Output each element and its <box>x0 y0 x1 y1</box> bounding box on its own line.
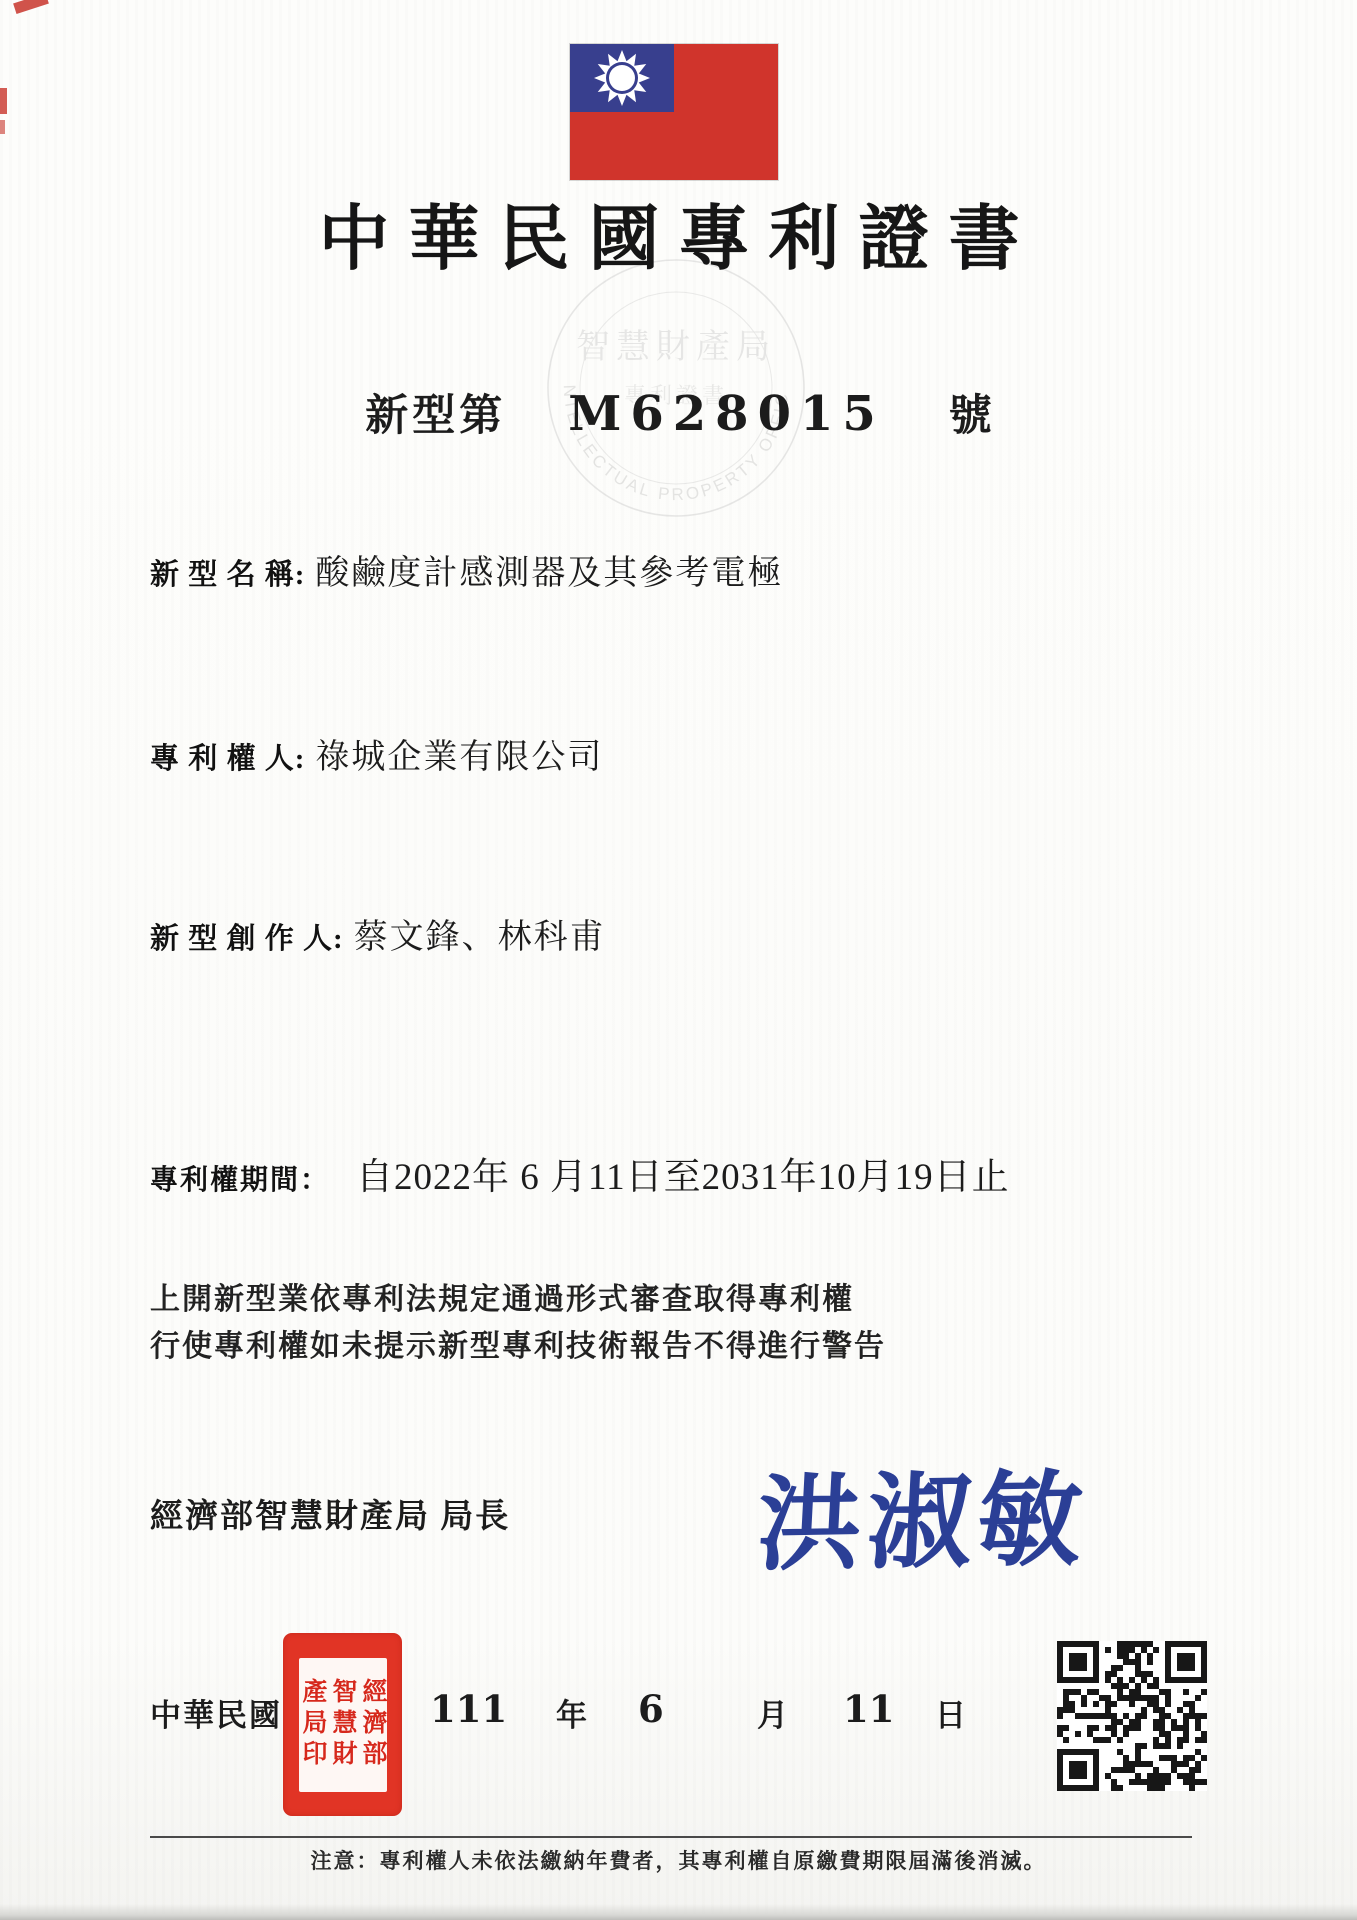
director-signature: 洪淑敏 <box>754 1435 1092 1591</box>
cert-number-suffix: 號 <box>949 382 992 443</box>
footer-note: 注意：專利權人未依法繳納年費者，其專利權自原繳費期限屆滿後消滅。 <box>0 1845 1357 1875</box>
scan-artifact-edge <box>0 88 7 114</box>
cert-number-prefix: 新型第 <box>365 382 506 443</box>
field-value: 祿城企業有限公司 <box>315 739 603 776</box>
field-label: 新 型 名 稱: <box>150 559 305 591</box>
date-day-unit: 日 <box>935 1690 968 1735</box>
field-utility-model-name: 新 型 名 稱:酸鹼度計感測器及其參考電極 <box>150 545 783 594</box>
legal-statement-line1: 上開新型業依專利法規定通過形式審查取得專利權 <box>150 1276 886 1323</box>
field-value: 自2022年 6 月11日至2031年10月19日止 <box>356 1157 1010 1198</box>
legal-statement-line2: 行使專利權如未提示新型專利技術報告不得進行警告 <box>150 1323 886 1370</box>
field-value: 酸鹼度計感測器及其參考電極 <box>315 555 783 592</box>
page-title: 中華民國專利證書 <box>0 182 1357 284</box>
field-patent-term: 專利權期間：自2022年 6 月11日至2031年10月19日止 <box>150 1146 1010 1200</box>
field-label: 專利權期間： <box>150 1165 330 1196</box>
date-year-unit: 年 <box>556 1690 589 1735</box>
date-month: 6 <box>638 1687 664 1731</box>
certificate-number-line: 新型第 M628015 號 <box>0 382 1357 443</box>
watermark-center-text: 智慧財產局 <box>576 328 776 366</box>
date-day: 11 <box>843 1687 895 1731</box>
qr-code <box>1057 1641 1207 1791</box>
seal-column-right: 經濟部 <box>359 1678 386 1771</box>
field-label: 專 利 權 人: <box>150 743 305 775</box>
seal-column-left: 產局印 <box>299 1678 326 1771</box>
taiwan-flag-icon <box>570 44 778 180</box>
seal-column-middle: 智慧財 <box>329 1678 356 1771</box>
footer-divider <box>150 1836 1192 1838</box>
scan-edge-shadow <box>0 1904 1357 1920</box>
issuing-office-title: 經濟部智慧財產局 局長 <box>150 1490 510 1537</box>
scan-artifact-edge <box>0 120 5 134</box>
seal-inner-panel: 產局印 智慧財 經濟部 <box>299 1658 387 1792</box>
cert-number: M628015 <box>568 386 885 442</box>
field-creators: 新 型 創 作 人:蔡文鋒、林科甫 <box>150 909 606 958</box>
scan-artifact-corner <box>13 0 49 14</box>
legal-statement: 上開新型業依專利法規定通過形式審查取得專利權 行使專利權如未提示新型專利技術報告… <box>150 1276 886 1370</box>
patent-certificate-page: INTELLECTUAL PROPERTY OFFICE 智慧財產局 專利證書 … <box>0 0 1357 1920</box>
date-month-unit: 月 <box>757 1690 790 1735</box>
field-value: 蔡文鋒、林科甫 <box>354 919 606 956</box>
date-era: 中華民國 <box>150 1690 282 1735</box>
date-year: 111 <box>430 1687 507 1731</box>
field-patentee: 專 利 權 人:祿城企業有限公司 <box>150 729 603 778</box>
official-red-seal: 產局印 智慧財 經濟部 <box>283 1633 402 1816</box>
field-label: 新 型 創 作 人: <box>150 923 344 955</box>
